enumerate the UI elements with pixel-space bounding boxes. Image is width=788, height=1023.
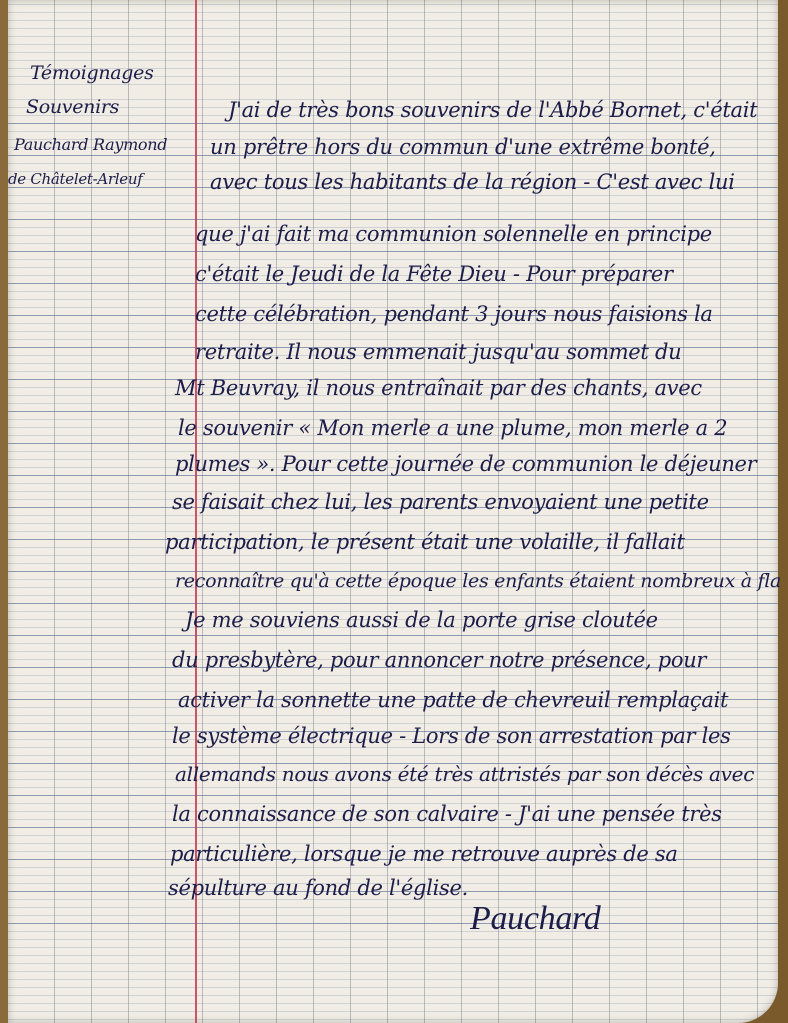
body-line-3: avec tous les habitants de la région - C…	[210, 170, 735, 194]
body-line-8: Mt Beuvray, il nous entraînait par des c…	[175, 376, 702, 400]
body-line-13: reconnaître qu'à cette époque les enfant…	[175, 570, 781, 592]
body-line-21: sépulture au fond de l'église.	[168, 876, 468, 900]
body-line-4: que j'ai fait ma communion solennelle en…	[195, 222, 712, 246]
body-line-7: retraite. Il nous emmenait jusqu'au somm…	[195, 340, 681, 364]
margin-note-author-name: Pauchard Raymond	[14, 135, 167, 154]
body-line-11: se faisait chez lui, les parents envoyai…	[172, 490, 709, 514]
body-line-6: cette célébration, pendant 3 jours nous …	[195, 302, 713, 326]
body-line-15: du presbytère, pour annoncer notre prése…	[172, 648, 706, 672]
body-line-9: le souvenir « Mon merle a une plume, mon…	[178, 416, 727, 440]
body-line-19: la connaissance de son calvaire - J'ai u…	[172, 802, 722, 826]
body-line-17: le système électrique - Lors de son arre…	[172, 724, 731, 748]
body-line-12: participation, le présent était une vola…	[165, 530, 685, 554]
notebook-binding-edge	[0, 0, 8, 1023]
body-line-20: particulière, lorsque je me retrouve aup…	[170, 842, 678, 866]
margin-note-author-place: de Châtelet-Arleuf	[8, 170, 143, 188]
margin-note-title: Témoignages	[30, 62, 154, 84]
signature: Pauchard	[470, 900, 600, 938]
body-line-16: activer la sonnette une patte de chevreu…	[178, 688, 728, 712]
margin-note-subtitle: Souvenirs	[26, 96, 119, 118]
body-line-18: allemands nous avons été très attristés …	[175, 762, 754, 786]
body-line-2: un prêtre hors du commun d'une extrême b…	[210, 135, 716, 159]
body-line-14: Je me souviens aussi de la porte grise c…	[185, 608, 658, 632]
body-line-1: J'ai de très bons souvenirs de l'Abbé Bo…	[228, 98, 757, 122]
body-line-5: c'était le Jeudi de la Fête Dieu - Pour …	[195, 262, 673, 286]
body-line-10: plumes ». Pour cette journée de communio…	[175, 452, 756, 476]
